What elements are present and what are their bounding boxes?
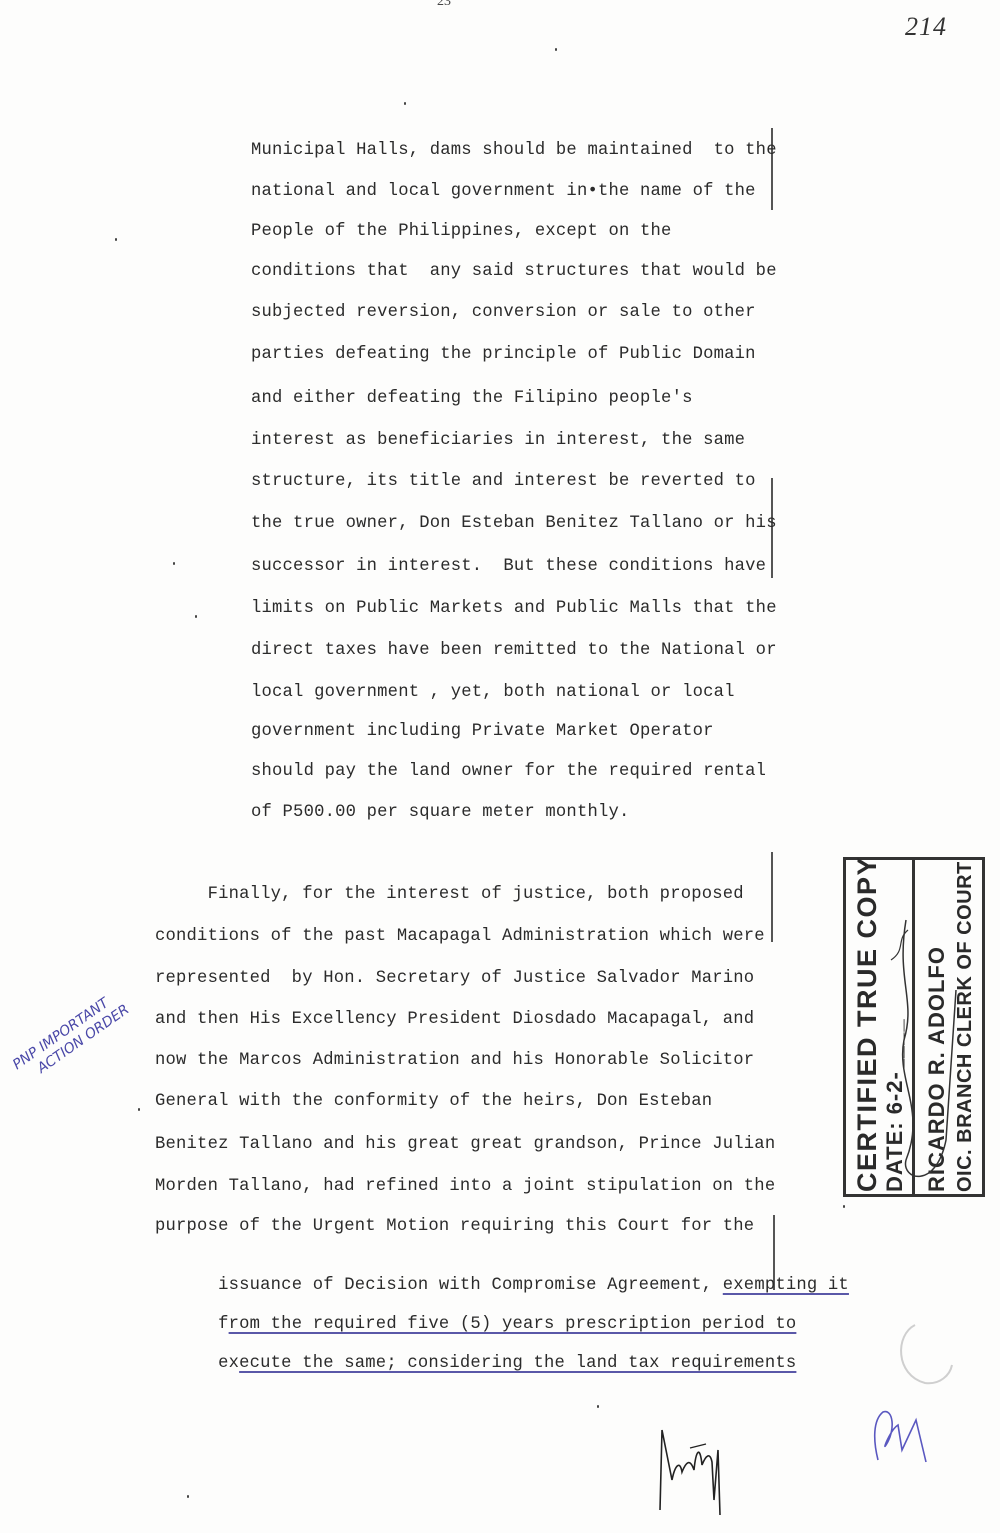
scan-speck: [555, 48, 557, 51]
signature-icon: [650, 1410, 760, 1520]
stamp-arc-icon: [880, 1315, 970, 1395]
text-line: and then His Excellency President Diosda…: [155, 1010, 754, 1029]
text-plain: issuance of Decision with Compromise Agr…: [218, 1276, 723, 1295]
top-page-number: 23: [437, 0, 451, 10]
margin-bar: [771, 852, 773, 942]
text-line: successor in interest. But these conditi…: [251, 557, 766, 576]
text-line: interest as beneficiaries in interest, t…: [251, 431, 745, 450]
text-line: structure, its title and interest be rev…: [251, 472, 756, 491]
text-line: Benitez Tallano and his great great gran…: [155, 1135, 775, 1154]
text-line: parties defeating the principle of Publi…: [251, 345, 756, 364]
scan-speck: [187, 1495, 189, 1498]
text-line: subjected reversion, conversion or sale …: [251, 303, 756, 322]
text-line: direct taxes have been remitted to the N…: [251, 641, 777, 660]
text-line: now the Marcos Administration and his Ho…: [155, 1051, 754, 1070]
text-line: should pay the land owner for the requir…: [251, 762, 766, 781]
text-line: the true owner, Don Esteban Benitez Tall…: [251, 514, 777, 533]
text-line: local government , yet, both national or…: [251, 683, 735, 702]
scan-speck: [597, 1405, 599, 1408]
text-line: conditions of the past Macapagal Adminis…: [155, 927, 765, 946]
underlined-text: ecute the same; considering the land tax…: [239, 1354, 796, 1373]
text-plain: f: [218, 1315, 229, 1334]
folio-number: 214: [905, 12, 947, 42]
initials-icon: [868, 1400, 938, 1470]
text-line: conditions that any said structures that…: [251, 262, 777, 281]
underlined-text: exempting it: [723, 1276, 849, 1295]
text-line: Finally, for the interest of justice, bo…: [155, 885, 744, 904]
scan-speck: [195, 615, 197, 618]
scan-speck: [173, 562, 175, 565]
text-line: and either defeating the Filipino people…: [251, 389, 693, 408]
scan-speck: [138, 1108, 140, 1111]
text-plain: ex: [218, 1354, 239, 1373]
text-line: of P500.00 per square meter monthly.: [251, 803, 630, 822]
scan-speck: [843, 1205, 845, 1208]
document-page: 23 214 Municipal Halls, dams should be m…: [0, 0, 1000, 1533]
text-line: execute the same; considering the land t…: [155, 1335, 796, 1392]
text-line: purpose of the Urgent Motion requiring t…: [155, 1217, 754, 1236]
scan-speck: [404, 102, 406, 105]
text-line: Morden Tallano, had refined into a joint…: [155, 1177, 775, 1196]
text-line: People of the Philippines, except on the: [251, 222, 672, 241]
text-line: represented by Hon. Secretary of Justice…: [155, 969, 754, 988]
text-line: Municipal Halls, dams should be maintain…: [251, 141, 777, 160]
text-line: limits on Public Markets and Public Mall…: [251, 599, 777, 618]
certified-true-copy-stamp: CERTIFIED TRUE COPY DATE: 6-2-____ RICAR…: [843, 857, 985, 1197]
stamp-signature-icon: [846, 860, 988, 1200]
handwritten-margin-note: PNP IMPORTANT ACTION ORDER: [10, 988, 133, 1088]
underlined-text: rom the required five (5) years prescrip…: [229, 1315, 797, 1334]
text-line: government including Private Market Oper…: [251, 722, 714, 741]
text-line: national and local government in•the nam…: [251, 182, 756, 201]
text-line: General with the conformity of the heirs…: [155, 1092, 712, 1111]
scan-speck: [115, 238, 117, 241]
